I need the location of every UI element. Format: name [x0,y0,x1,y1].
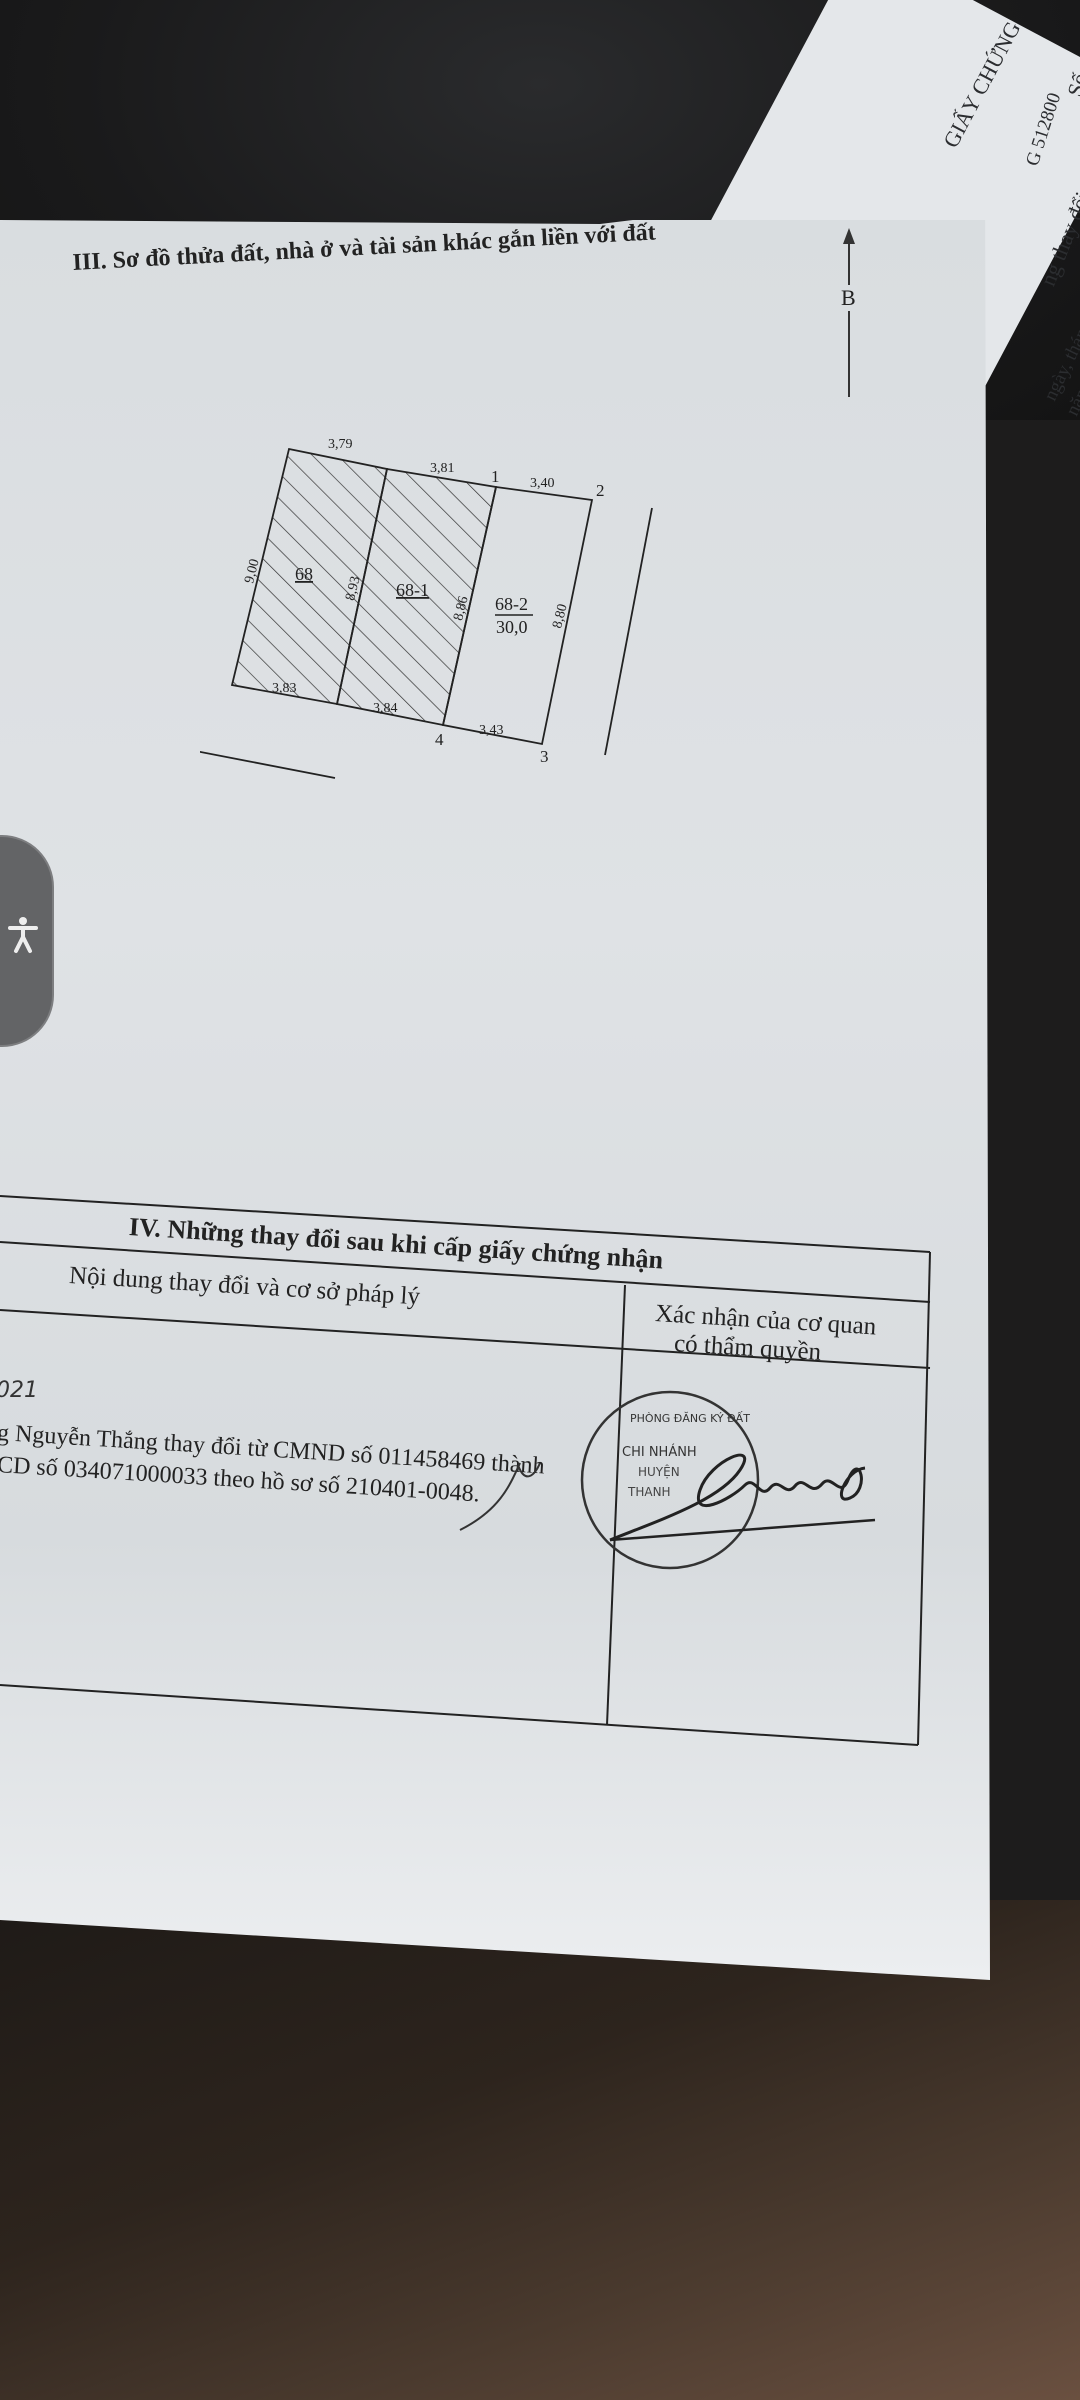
initials-mark [440,1455,550,1535]
svg-text:68-1: 68-1 [396,580,429,600]
svg-text:3,43: 3,43 [479,723,504,738]
svg-text:1: 1 [491,467,500,486]
svg-text:3,83: 3,83 [272,681,297,696]
svg-text:PHÒNG ĐĂNG KÝ ĐẤT: PHÒNG ĐĂNG KÝ ĐẤT [630,1411,750,1425]
svg-text:CHI NHÁNH: CHI NHÁNH [622,1444,697,1460]
north-arrow-icon [848,232,850,397]
svg-text:3,40: 3,40 [530,476,555,491]
north-label: B [840,285,857,311]
svg-text:THANH: THANH [627,1485,671,1499]
official-stamp: PHÒNG ĐĂNG KÝ ĐẤT CHI NHÁNH HUYỆN THANH [570,1380,910,1580]
accessibility-button[interactable] [0,835,54,1047]
svg-text:8,80: 8,80 [550,603,570,630]
svg-text:68: 68 [295,564,313,584]
svg-text:68-2: 68-2 [495,594,528,614]
svg-text:3,84: 3,84 [373,701,398,716]
svg-text:3,81: 3,81 [430,461,455,476]
entry-date: 021 [0,1378,38,1403]
svg-text:30,0: 30,0 [496,617,528,637]
svg-text:2: 2 [596,481,605,500]
svg-text:3,79: 3,79 [328,437,353,452]
plot-diagram: 3,79 3,81 3,40 9,00 8,93 8,86 8,80 3,83 … [200,420,660,780]
svg-text:HUYỆN: HUYỆN [638,1464,680,1479]
accessibility-icon [8,915,38,955]
svg-text:3: 3 [540,747,549,766]
svg-text:4: 4 [435,730,444,749]
